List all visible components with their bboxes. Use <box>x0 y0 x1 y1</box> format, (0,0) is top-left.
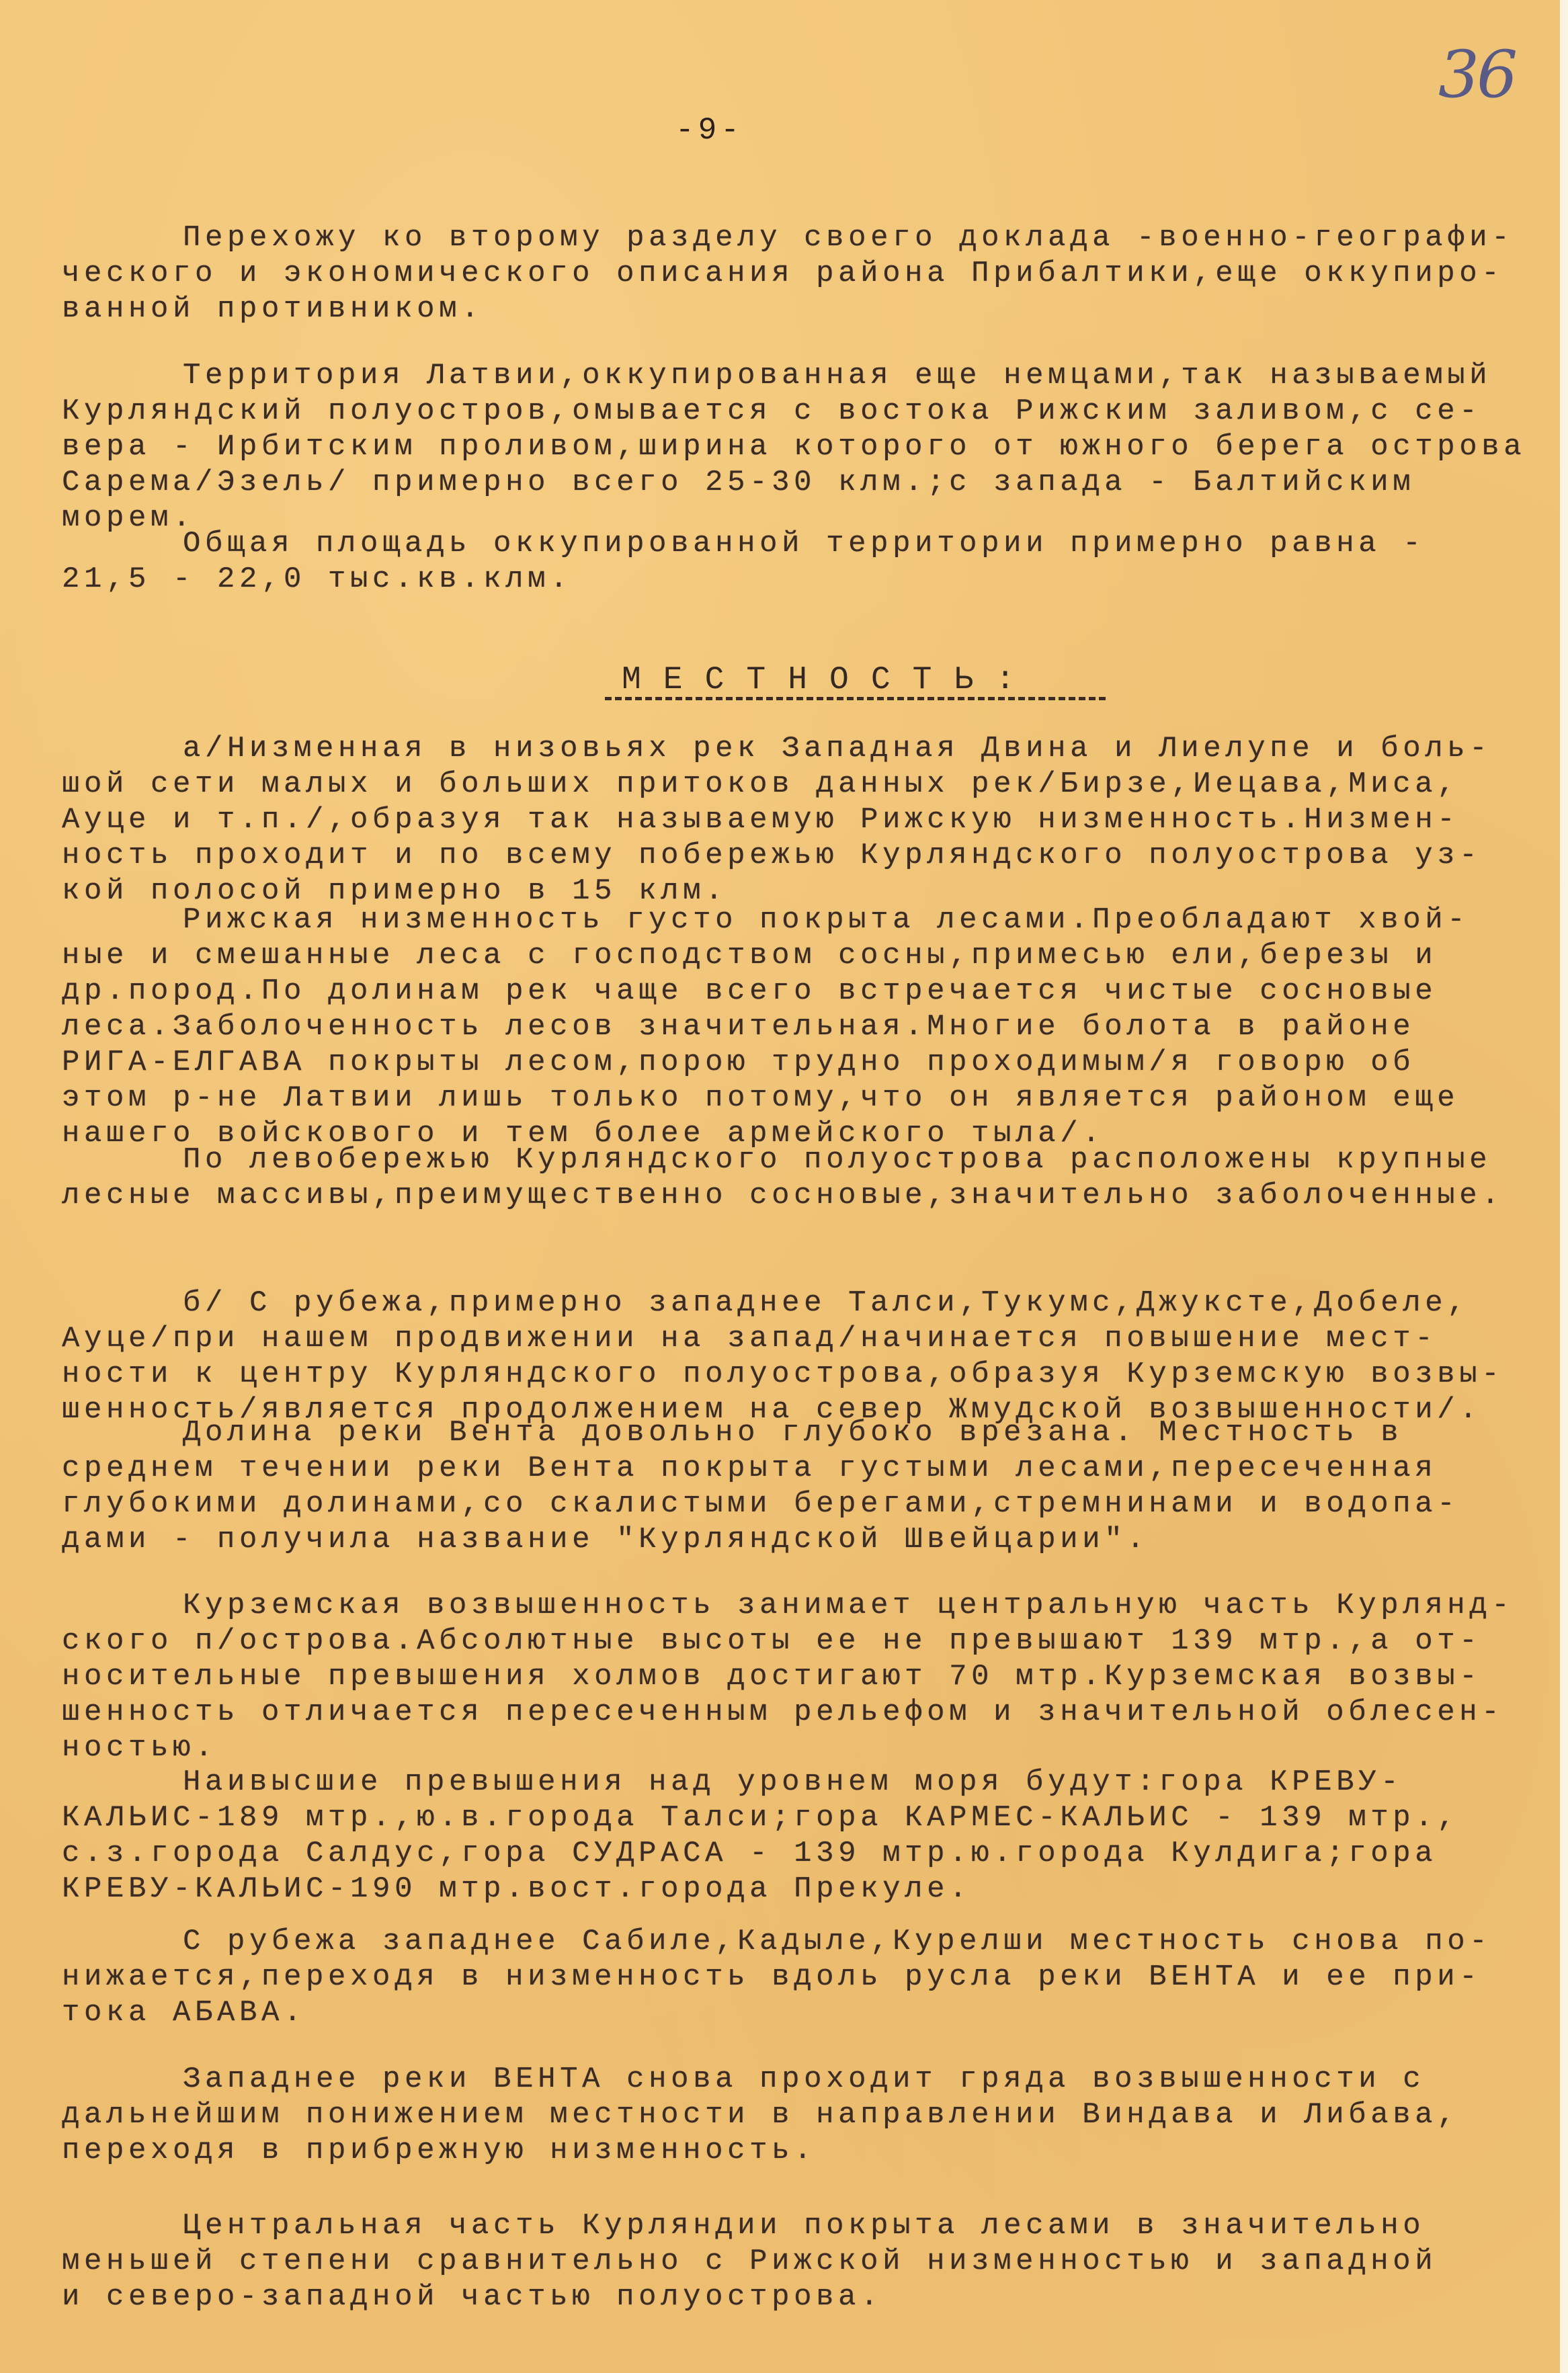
text-line: ванной противником. <box>62 293 483 325</box>
text-line: Ауце/при нашем продвижении на запад/начи… <box>62 1323 1437 1355</box>
text-line: РИГА-ЕЛГАВА покрыты лесом,порою трудно п… <box>62 1046 1415 1079</box>
text-line: шой сети малых и больших притоков данных… <box>62 768 1459 800</box>
text-line: Курземская возвышенность занимает центра… <box>183 1589 1514 1622</box>
text-line: среднем течении реки Вента покрыта густы… <box>62 1452 1437 1485</box>
text-line: тока АБАВА. <box>62 1997 306 2029</box>
text-line: дами - получила название "Курляндской Шв… <box>62 1524 1149 1556</box>
text-line: ностью. <box>62 1732 217 1764</box>
text-line: Курляндский полуостров,омывается с восто… <box>62 395 1481 427</box>
text-line: КАЛЬИС-189 мтр.,ю.в.города Талси;гора КА… <box>62 1802 1459 1834</box>
text-line: вера - Ирбитским проливом,ширина которог… <box>62 431 1526 463</box>
text-line: Ауце и т.п./,образуя так называемую Рижс… <box>62 804 1459 836</box>
text-line: Перехожу ко второму разделу своего докла… <box>183 222 1514 254</box>
text-line: По левобережью Курляндского полуострова … <box>183 1144 1491 1176</box>
text-line: Сарема/Эзель/ примерно всего 25-30 клм.;… <box>62 466 1415 499</box>
text-line: Западнее реки ВЕНТА снова проходит гряда… <box>183 2063 1425 2095</box>
archive-sheet-number: 36 <box>1438 37 1515 112</box>
text-line: с.з.города Салдус,гора СУДРАСА - 139 мтр… <box>62 1837 1437 1870</box>
text-line: переходя в прибрежную низменность. <box>62 2134 816 2167</box>
text-line: лесные массивы,преимущественно сосновые,… <box>62 1179 1503 1212</box>
text-line: ского п/острова.Абсолютные высоты ее не … <box>62 1625 1481 1657</box>
text-line: Рижская низменность густо покрыта лесами… <box>183 904 1469 936</box>
text-line: нижается,переходя в низменность вдоль ру… <box>62 1961 1481 1993</box>
text-line: Территория Латвии,оккупированная еще нем… <box>183 360 1491 392</box>
text-line: леса.Заболоченность лесов значительная.М… <box>62 1011 1415 1043</box>
text-line: ные и смешанные леса с господством сосны… <box>62 940 1437 972</box>
text-line: морем. <box>62 502 195 534</box>
text-line: Центральная часть Курляндии покрыта леса… <box>183 2210 1425 2242</box>
text-line: ности к центру Курляндского полуострова,… <box>62 1358 1503 1390</box>
text-line: Наивысшие превышения над уровнем моря бу… <box>183 1766 1403 1798</box>
text-line: б/ С рубежа,примерно западнее Талси,Туку… <box>183 1287 1469 1319</box>
page-number: -9- <box>675 113 743 148</box>
text-line: дальнейшим понижением местности в направ… <box>62 2099 1459 2131</box>
text-line: Долина реки Вента довольно глубоко вреза… <box>183 1417 1403 1449</box>
text-line: КРЕВУ-КАЛЬИС-190 мтр.вост.города Прекуле… <box>62 1873 971 1905</box>
scan-edge <box>1560 0 1568 2373</box>
heading-underline <box>605 697 1106 700</box>
text-line: и северо-западной частью полуострова. <box>62 2281 882 2313</box>
text-line: кой полосой примерно в 15 клм. <box>62 875 727 907</box>
text-line: 21,5 - 22,0 тыс.кв.клм. <box>62 563 572 595</box>
text-line: меньшей степени сравнительно с Рижской н… <box>62 2245 1437 2278</box>
text-line: этом р-не Латвии лишь только потому,что … <box>62 1082 1459 1114</box>
text-line: шенность отличается пересеченным рельефо… <box>62 1696 1503 1729</box>
text-line: др.пород.По долинам рек чаще всего встре… <box>62 975 1437 1007</box>
text-line: а/Низменная в низовьях рек Западная Двин… <box>183 733 1491 765</box>
text-line: ность проходит и по всему побережью Курл… <box>62 839 1481 872</box>
text-line: Общая площадь оккупированной территории … <box>183 528 1425 560</box>
text-line: С рубежа западнее Сабиле,Кадыле,Курелши … <box>183 1925 1491 1958</box>
text-line: глубокими долинами,со скалистыми берегам… <box>62 1488 1459 1520</box>
text-line: носительные превышения холмов достигают … <box>62 1661 1481 1693</box>
text-line: ческого и экономического описания района… <box>62 257 1503 290</box>
section-heading: МЕСТНОСТЬ: <box>622 662 1037 698</box>
